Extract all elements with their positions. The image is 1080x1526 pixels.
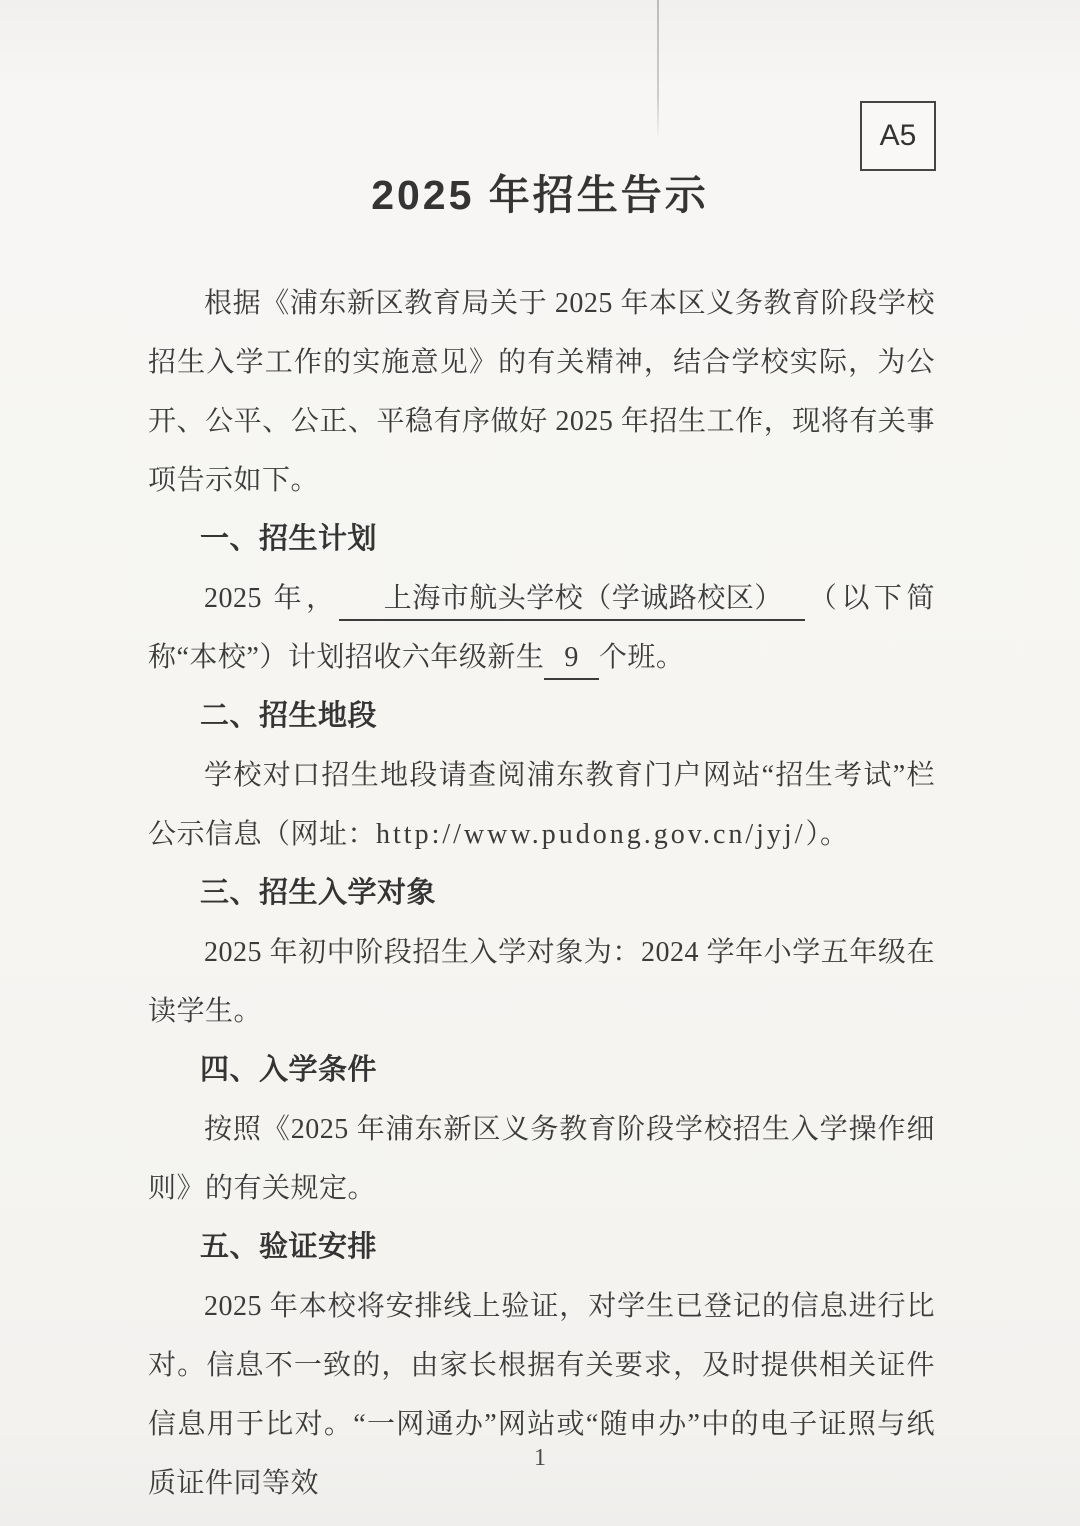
document-title: 2025 年招生告示 [0,170,1080,220]
scan-artifact-line [657,0,659,140]
enrollment-plan-paragraph: 2025 年，上海市航头学校（学诚路校区）（以下简称“本校”）计划招收六年级新生… [148,569,935,687]
enrollment-area-paragraph: 学校对口招生地段请查阅浦东教育门户网站“招生考试”栏公示信息（网址：http:/… [148,746,935,864]
verification-paragraph: 2025 年本校将安排线上验证，对学生已登记的信息进行比对。信息不一致的，由家长… [148,1277,935,1513]
pudong-education-url: http://www.pudong.gov.cn/jyj/ [376,819,805,850]
section-heading-verification: 五、验证安排 [148,1218,935,1277]
admission-conditions-paragraph: 按照《2025 年浦东新区义务教育阶段学校招生入学操作细则》的有关规定。 [148,1100,935,1218]
plan-text-suffix: 个班。 [599,642,685,673]
section-heading-admission-conditions: 四、入学条件 [148,1041,935,1100]
target-students-paragraph: 2025 年初中阶段招生入学对象为：2024 学年小学五年级在读学生。 [148,923,935,1041]
section-heading-enrollment-area: 二、招生地段 [148,687,935,746]
intro-paragraph: 根据《浦东新区教育局关于 2025 年本区义务教育阶段学校招生入学工作的实施意见… [148,274,935,510]
plan-text-prefix: 2025 年， [204,583,339,614]
paper-format-badge: A5 [860,101,936,171]
section-heading-target-students: 三、招生入学对象 [148,864,935,923]
section-heading-enrollment-plan: 一、招生计划 [148,510,935,569]
class-count-blank: 9 [544,638,599,680]
document-body: 根据《浦东新区教育局关于 2025 年本区义务教育阶段学校招生入学工作的实施意见… [148,274,935,1513]
area-text-end: ）。 [805,819,848,850]
school-name-blank: 上海市航头学校（学诚路校区） [339,579,805,621]
page-number: 1 [0,1443,1080,1473]
scanned-document-page: A5 2025 年招生告示 根据《浦东新区教育局关于 2025 年本区义务教育阶… [0,0,1080,1526]
